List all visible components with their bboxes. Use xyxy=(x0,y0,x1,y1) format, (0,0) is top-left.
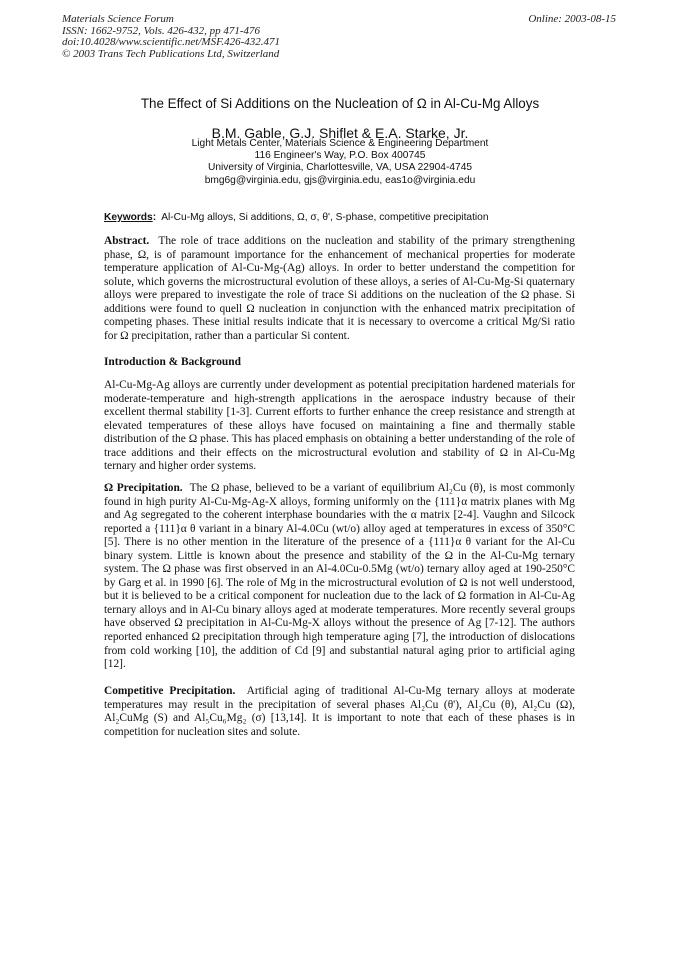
journal-header: Materials Science Forum ISSN: 1662-9752,… xyxy=(62,14,280,60)
keywords-text: Al-Cu-Mg alloys, Si additions, Ω, σ, θ',… xyxy=(161,212,488,223)
paper-title: The Effect of Si Additions on the Nuclea… xyxy=(100,96,580,111)
abstract-paragraph: Abstract. The role of trace additions on… xyxy=(104,235,575,343)
omega-precipitation-text: The Ω phase, believed to be a variant of… xyxy=(104,482,575,670)
affiliation: Light Metals Center, Materials Science &… xyxy=(100,138,580,187)
online-date: Online: 2003-08-15 xyxy=(528,14,616,26)
section-heading-introduction: Introduction & Background xyxy=(104,356,241,368)
abstract-text: The role of trace additions on the nucle… xyxy=(104,235,575,342)
author-emails[interactable]: bmg6g@virginia.edu, gjs@virginia.edu, ea… xyxy=(100,175,580,187)
affiliation-line-1: Light Metals Center, Materials Science &… xyxy=(100,138,580,150)
introduction-paragraph: Al-Cu-Mg-Ag alloys are currently under d… xyxy=(104,379,575,474)
competitive-precipitation-label: Competitive Precipitation. xyxy=(104,685,235,697)
journal-name: Materials Science Forum xyxy=(62,14,280,26)
keywords: Keywords: Al-Cu-Mg alloys, Si additions,… xyxy=(104,212,489,223)
abstract-label: Abstract. xyxy=(104,235,149,247)
copyright-line: © 2003 Trans Tech Publications Ltd, Swit… xyxy=(62,49,280,61)
affiliation-line-2: 116 Engineer's Way, P.O. Box 400745 xyxy=(100,150,580,162)
competitive-precipitation-paragraph: Competitive Precipitation. Artificial ag… xyxy=(104,685,575,739)
keywords-label: Keywords xyxy=(104,212,153,223)
affiliation-line-3: University of Virginia, Charlottesville,… xyxy=(100,162,580,174)
keywords-colon: : xyxy=(153,212,156,223)
omega-precipitation-paragraph: Ω Precipitation. The Ω phase, believed t… xyxy=(104,482,575,672)
omega-precipitation-label: Ω Precipitation. xyxy=(104,482,183,494)
